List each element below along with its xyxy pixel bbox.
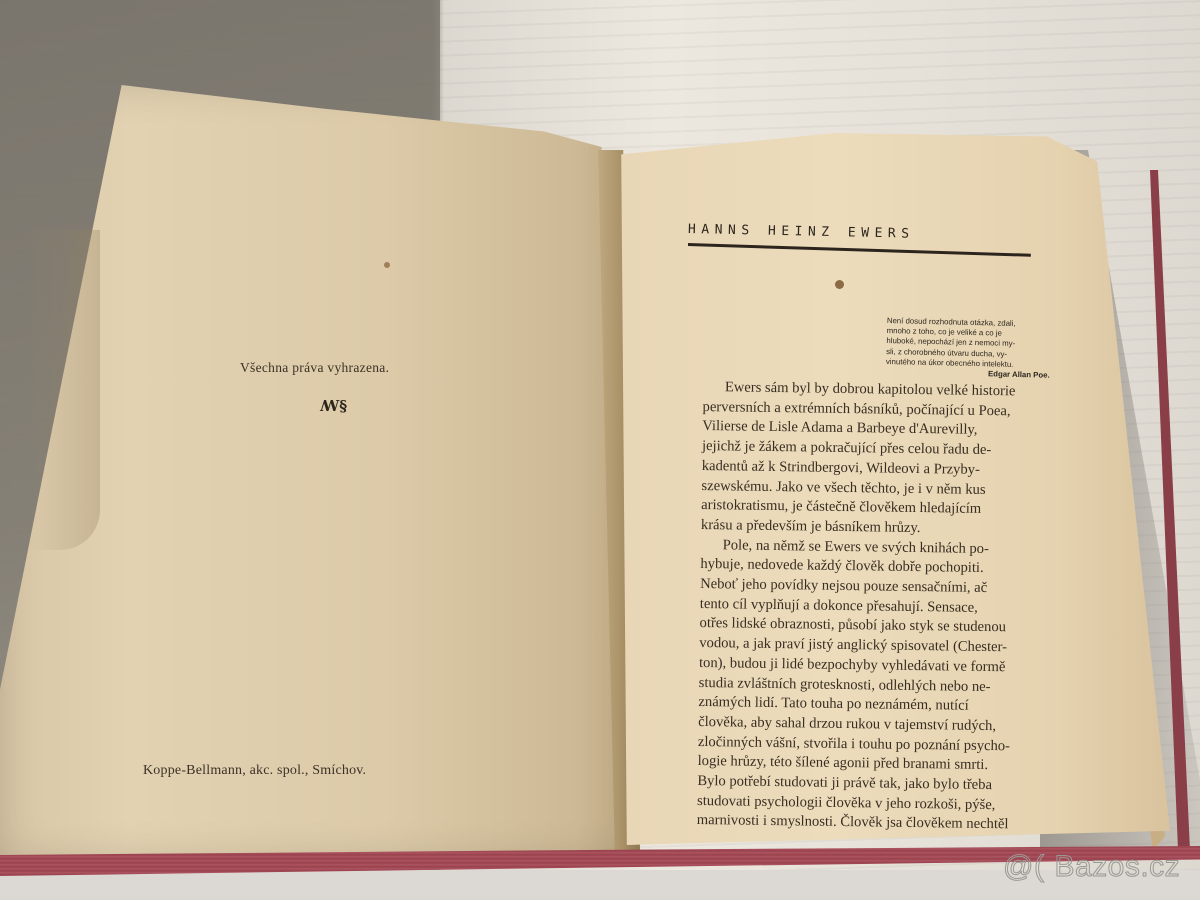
foxing-spot bbox=[384, 262, 390, 268]
watermark-text: Bazos.cz bbox=[1054, 850, 1180, 883]
bazos-logo-icon: @( bbox=[1003, 850, 1044, 883]
copyright-notice: Všechna práva vyhrazena. bbox=[240, 360, 389, 376]
watermark: @(Bazos.cz bbox=[1003, 850, 1180, 884]
printer-mark-icon: ꟿ§ bbox=[320, 397, 347, 415]
page-curl-shadow bbox=[30, 230, 100, 550]
printer-imprint: Koppe-Bellmann, akc. spol., Smíchov. bbox=[143, 763, 366, 779]
epigraph: Není dosud rozhodnuta otázka, zdali, mno… bbox=[886, 316, 1057, 381]
body-text: Ewers sám byl by dobrou kapitolou velké … bbox=[697, 378, 1133, 837]
foxing-spot bbox=[835, 280, 844, 289]
